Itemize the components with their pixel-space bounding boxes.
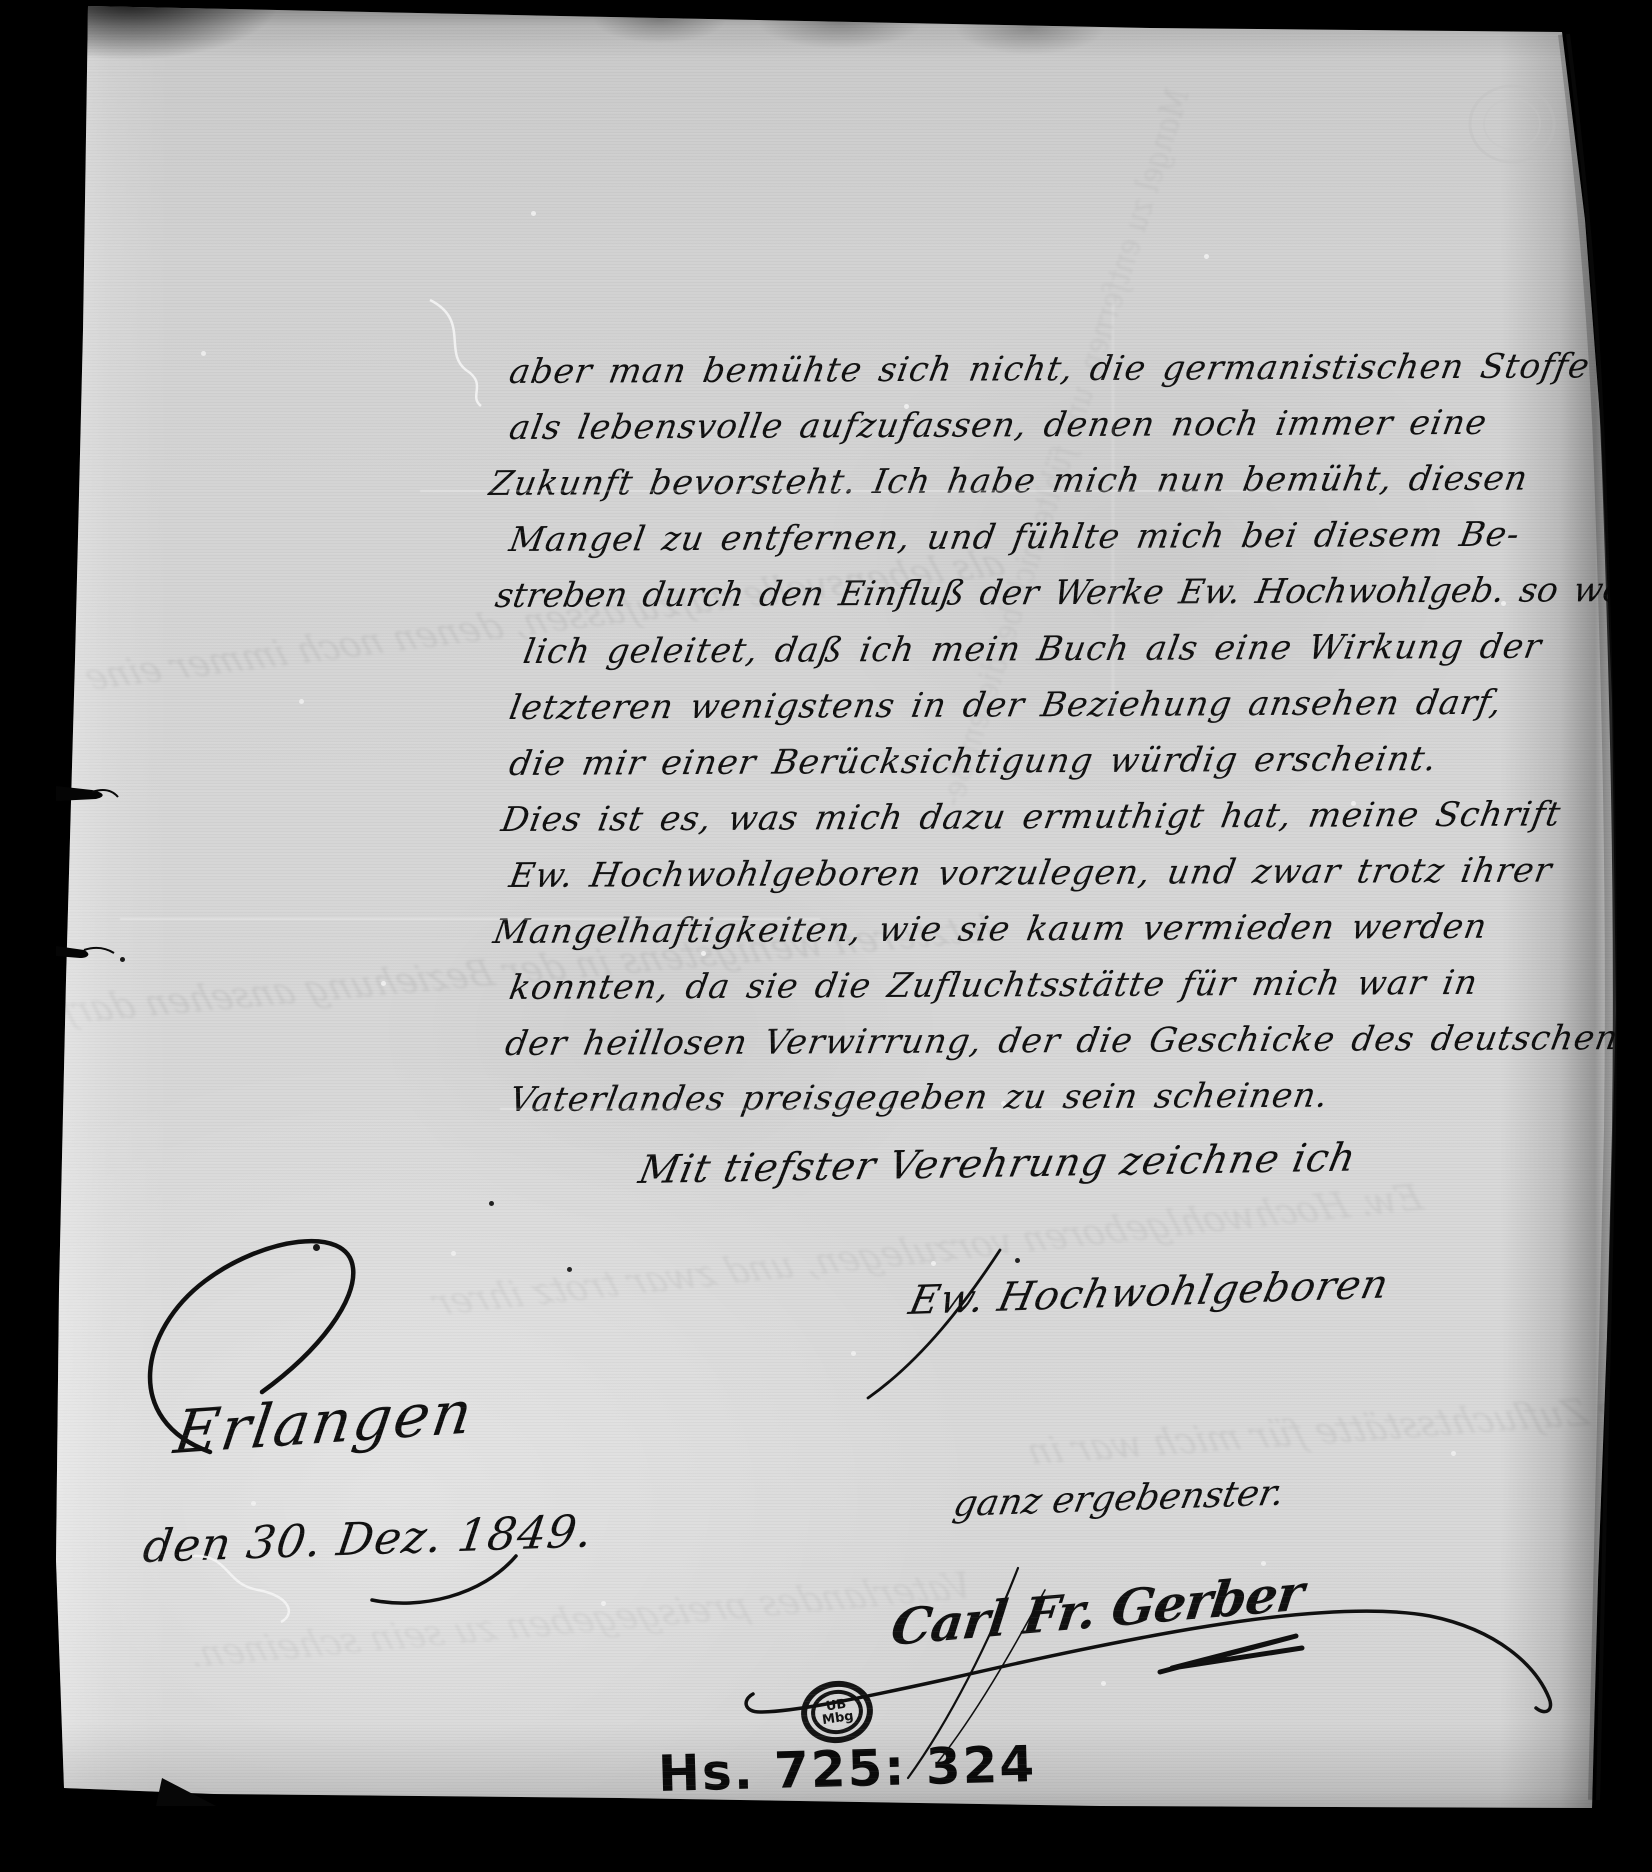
body-line: konnten, da sie die Zufluchtsstätte für … [505,954,1652,1016]
body-line: Dies ist es, was mich dazu ermuthigt hat… [497,786,1652,848]
shelfmark: Hs. 725: 324 [657,1735,1037,1803]
body-line: als lebensvolle aufzufassen, denen noch … [505,394,1652,456]
body-line: Zukunft bevorsteht. Ich habe mich nun be… [485,450,1652,512]
top-edge-shadow [0,0,1652,70]
body-line: Vaterlandes preisgegeben zu sein scheine… [505,1066,1652,1128]
stamp-line-bottom: Mbg [821,1710,854,1727]
library-stamp-inner-ring: UB Mbg [808,1687,866,1738]
dateline-place: Erlangen [170,1378,478,1468]
dust-speckles [0,0,3,3]
paper-crease [1112,300,1114,720]
letter-body: aber man bemühte sich nicht, die germani… [505,344,1652,1128]
body-line: der heillosen Verwirrung, der die Geschi… [501,1010,1652,1072]
recipient-line: Ew. Hochwohlgeboren [905,1261,1393,1324]
ghost-showthrough: Vaterlandes preisgegeben zu sein scheine… [183,1565,977,1676]
library-stamp: UB Mbg [797,1676,877,1747]
body-line: letzteren wenigstens in der Beziehung an… [505,674,1652,736]
letter-page: als lebensvolle aufzufassen, denen noch … [0,0,1652,1872]
stray-ink-dots [0,0,5,5]
body-line: lich geleitet, daß ich mein Buch als ein… [519,618,1652,680]
body-line: aber man bemühte sich nicht, die germani… [505,338,1652,400]
body-line: Mangelhaftigkeiten, wie sie kaum vermied… [489,898,1652,960]
ghost-showthrough: konnten, da sie die Zufluchtsstätte für … [1022,1368,1652,1474]
closing-line: Mit tiefster Verehrung zeichne ich [635,1136,1360,1193]
body-line: Mangel zu entfernen, und fühlte mich bei… [505,506,1652,568]
scanned-letter-canvas: als lebensvolle aufzufassen, denen noch … [0,0,1652,1872]
courtesy-line: ganz ergebenster. [950,1473,1288,1525]
dateline-date: den 30. Dez. 1849. [140,1504,596,1573]
body-line: die mir einer Berücksichtigung würdig er… [505,730,1652,792]
body-line: Ew. Hochwohlgeboren vorzulegen, und zwar… [505,842,1652,904]
body-line: streben durch den Einfluß der Werke Ew. … [491,562,1652,624]
